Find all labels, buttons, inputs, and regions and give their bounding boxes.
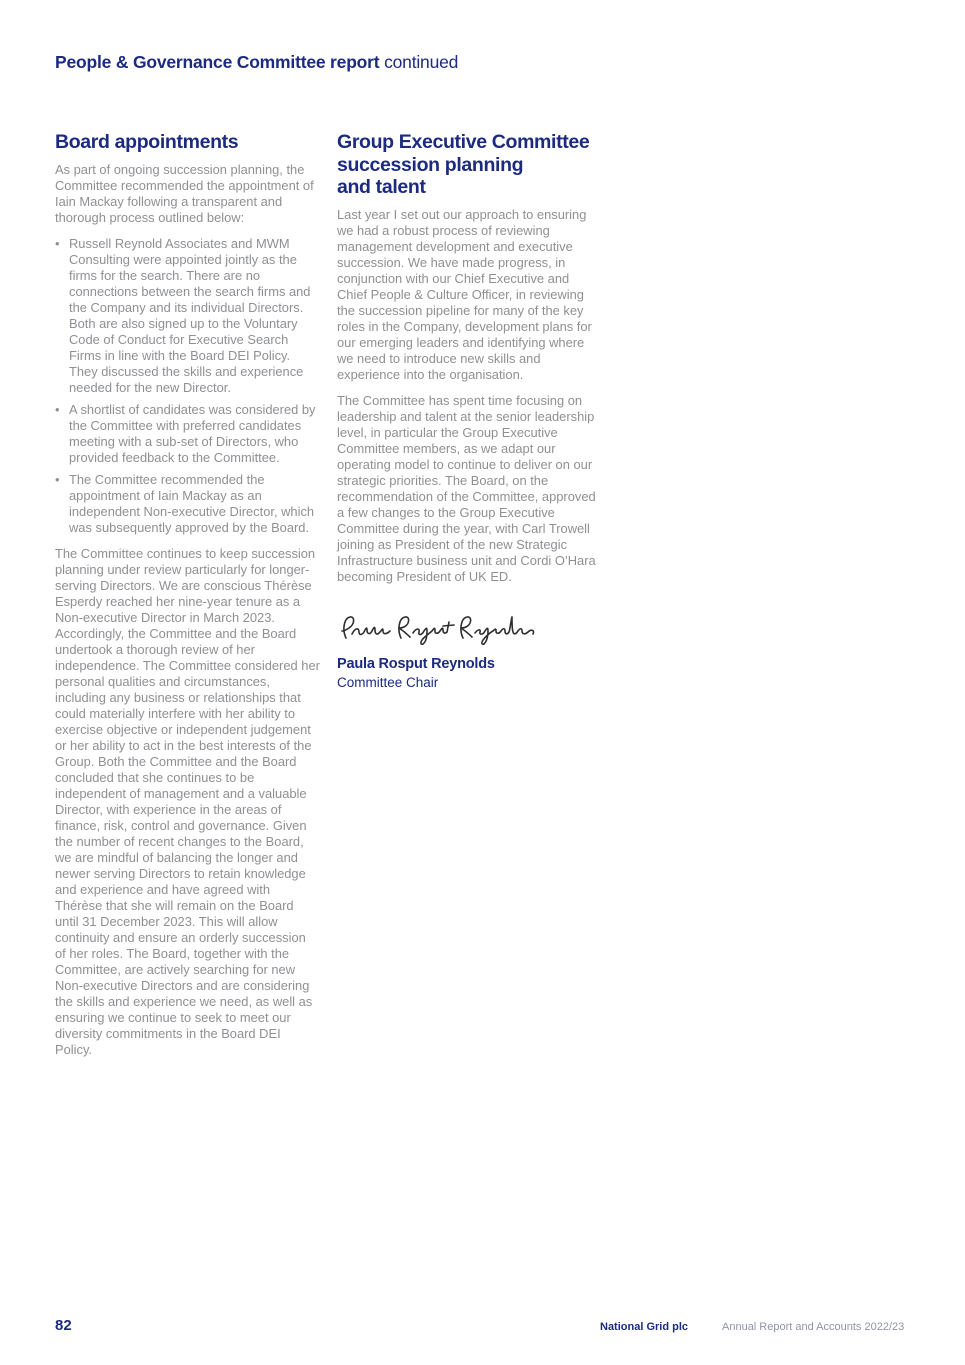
- footer-report-edition: Annual Report and Accounts 2022/23: [722, 1321, 904, 1333]
- list-item: • The Committee recommended the appointm…: [55, 472, 320, 536]
- page-header-suffix: continued: [384, 52, 458, 72]
- board-appointments-intro: As part of ongoing succession planning, …: [55, 162, 320, 226]
- left-column: Board appointments As part of ongoing su…: [55, 131, 320, 1068]
- group-exec-para-1: Last year I set out our approach to ensu…: [337, 207, 602, 383]
- signatory-title: Committee Chair: [337, 674, 602, 692]
- bullet-icon: •: [55, 236, 69, 396]
- footer-company-name: National Grid plc: [600, 1321, 688, 1333]
- footer-page-number: 82: [55, 1317, 72, 1334]
- board-appointments-closing: The Committee continues to keep successi…: [55, 546, 320, 1058]
- section-heading-line: Group Executive Committee: [337, 131, 602, 154]
- bullet-text: The Committee recommended the appointmen…: [69, 472, 320, 536]
- handwritten-signature-icon: [339, 607, 539, 649]
- bullet-text: Russell Reynold Associates and MWM Consu…: [69, 236, 320, 396]
- right-column: Group Executive Committee succession pla…: [337, 131, 602, 692]
- signatory-name: Paula Rosput Reynolds: [337, 655, 602, 674]
- section-heading-board-appointments: Board appointments: [55, 131, 320, 154]
- bullet-icon: •: [55, 472, 69, 536]
- bullet-icon: •: [55, 402, 69, 466]
- list-item: • A shortlist of candidates was consider…: [55, 402, 320, 466]
- page-header: People & Governance Committee report con…: [55, 52, 458, 73]
- report-page: People & Governance Committee report con…: [0, 0, 965, 1365]
- page-header-title: People & Governance Committee report: [55, 52, 379, 72]
- section-heading-line: succession planning: [337, 154, 602, 177]
- group-exec-para-2: The Committee has spent time focusing on…: [337, 393, 602, 585]
- board-appointments-bullet-list: • Russell Reynold Associates and MWM Con…: [55, 236, 320, 536]
- list-item: • Russell Reynold Associates and MWM Con…: [55, 236, 320, 396]
- section-heading-line: and talent: [337, 176, 602, 199]
- signature-block: Paula Rosput Reynolds Committee Chair: [337, 607, 602, 692]
- bullet-text: A shortlist of candidates was considered…: [69, 402, 320, 466]
- section-heading-group-exec: Group Executive Committee succession pla…: [337, 131, 602, 199]
